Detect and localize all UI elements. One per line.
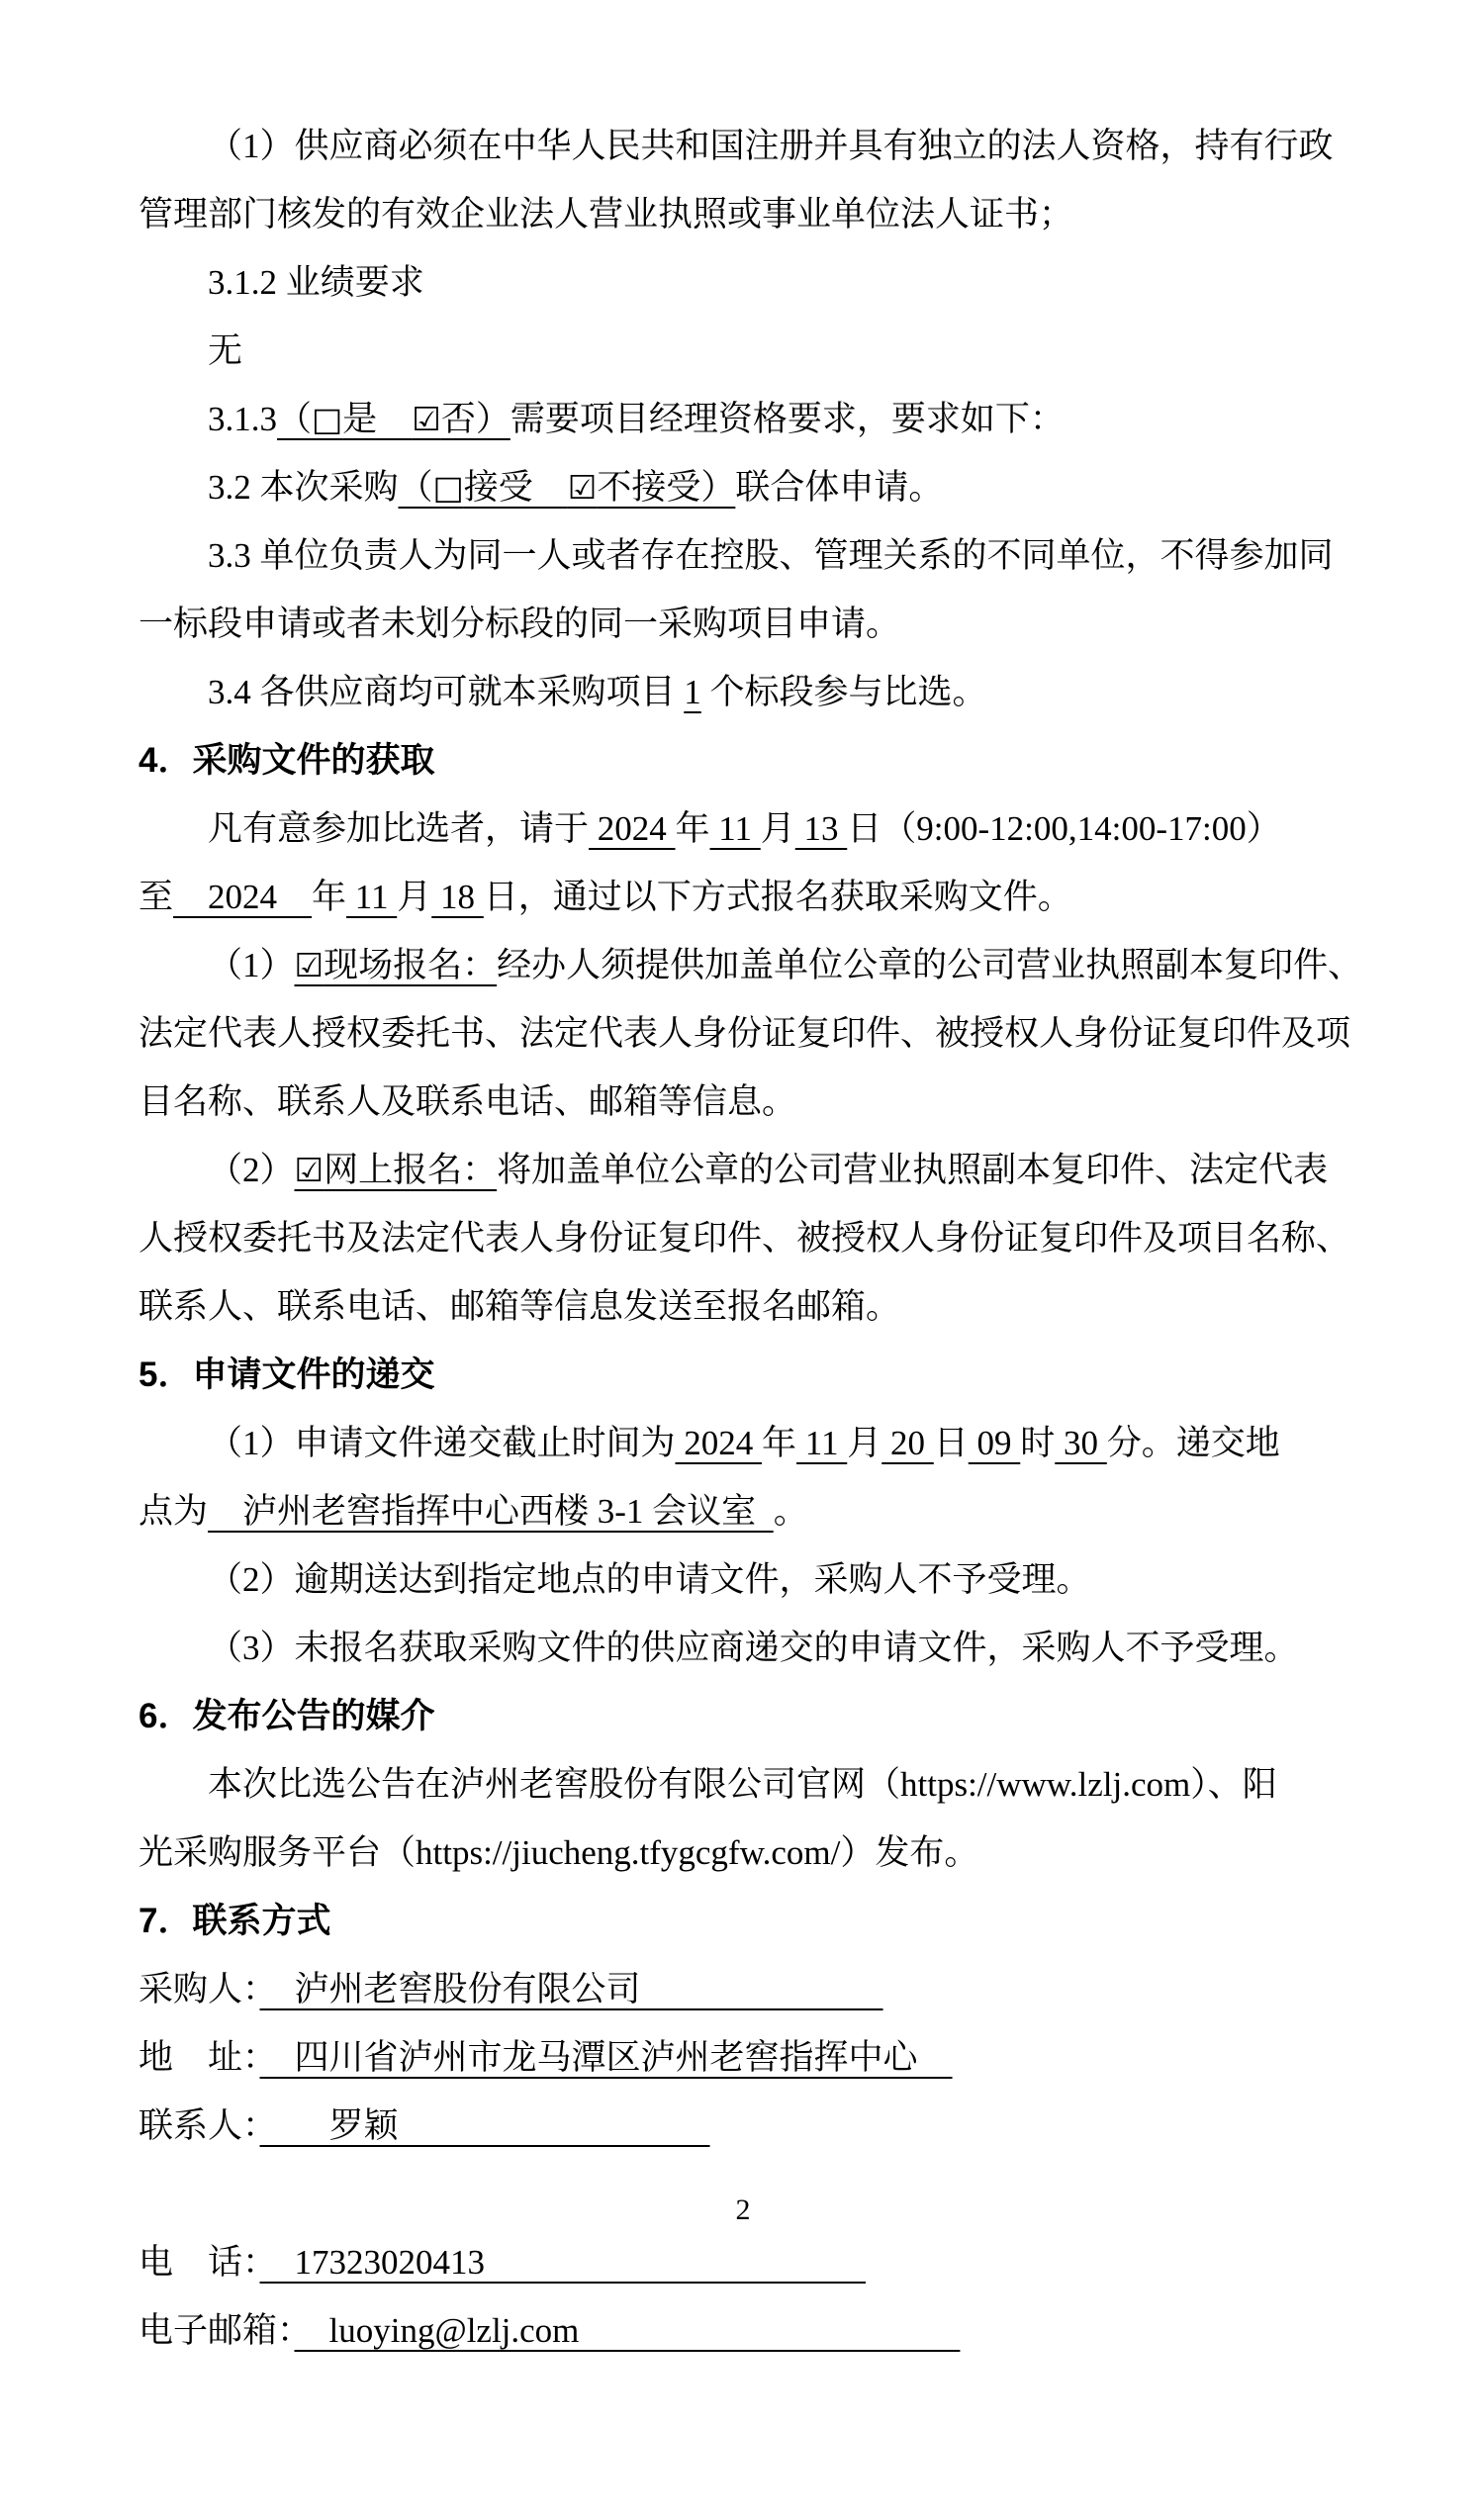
text-run: 月: [761, 809, 795, 848]
underlined-field: 罗颖: [260, 2106, 710, 2145]
section-heading: 7．联系方式: [139, 1887, 1347, 1955]
text-run: （1）供应商必须在中华人民共和国注册并具有独立的法人资格，持有行政: [208, 127, 1334, 165]
text-run: 4．采购文件的获取: [139, 741, 434, 780]
document-page: （1）供应商必须在中华人民共和国注册并具有独立的法人资格，持有行政管理部门核发的…: [0, 0, 1484, 2520]
section-heading: 6．发布公告的媒介: [139, 1682, 1347, 1750]
text-run: 联合体申请。: [735, 468, 943, 507]
text-run: 需要项目经理资格要求，要求如下：: [510, 400, 1065, 438]
text-run: 3.1.3: [208, 400, 277, 438]
text-run: 个标段参与比选。: [701, 673, 987, 711]
text-run: 3.1.2 业绩要求: [208, 263, 424, 302]
underlined-field: 否）: [441, 400, 510, 438]
document-line: （1）申请文件递交截止时间为 2024 年 11 月 20 日 09 时 30 …: [139, 1409, 1347, 1477]
checkbox-checked-icon: ☑: [412, 400, 441, 438]
text-run: （1）申请文件递交截止时间为: [208, 1424, 676, 1462]
underlined-field: 2024: [173, 878, 312, 916]
text-run: 至: [139, 878, 173, 916]
text-run: 管理部门核发的有效企业法人营业执照或事业单位法人证书；: [139, 195, 1073, 233]
underlined-field: 网上报名：: [324, 1151, 497, 1189]
document-line: 本次比选公告在泸州老窖股份有限公司官网（https://www.lzlj.com…: [139, 1750, 1347, 1819]
text-run: 电 话：: [139, 2243, 260, 2282]
underlined-field: 30: [1055, 1424, 1107, 1462]
document-body: （1）供应商必须在中华人民共和国注册并具有独立的法人资格，持有行政管理部门核发的…: [139, 112, 1347, 2365]
underlined-field: 现场报名：: [324, 946, 497, 984]
document-line: 人授权委托书及法定代表人身份证复印件、被授权人身份证复印件及项目名称、: [139, 1204, 1347, 1272]
document-line: 光采购服务平台（https://jiucheng.tfygcgfw.com/）发…: [139, 1819, 1347, 1887]
text-run: 月: [847, 1424, 881, 1462]
underlined-field: 17323020413: [260, 2243, 867, 2282]
document-line: 一标段申请或者未划分标段的同一采购项目申请。: [139, 590, 1347, 658]
underlined-field: 1: [684, 673, 701, 711]
document-line: （2）逾期送达到指定地点的申请文件，采购人不予受理。: [139, 1545, 1347, 1614]
document-line: （3）未报名获取采购文件的供应商递交的申请文件，采购人不予受理。: [139, 1614, 1347, 1682]
document-line: 3.1.3（□是 ☑否）需要项目经理资格要求，要求如下：: [139, 385, 1347, 453]
checkbox-checked-icon: ☑: [295, 946, 325, 984]
underlined-field: 接受: [464, 468, 568, 507]
underlined-field: 泸州老窖指挥中心西楼 3-1 会议室: [208, 1492, 774, 1531]
section-heading: 5．申请文件的递交: [139, 1341, 1347, 1409]
text-run: 7．联系方式: [139, 1902, 330, 1940]
underlined-field: 11: [346, 878, 397, 916]
document-line: 联系人、联系电话、邮箱等信息发送至报名邮箱。: [139, 1272, 1347, 1341]
text-run: 日: [934, 1424, 969, 1462]
text-run: 3.4 各供应商均可就本采购项目: [208, 673, 684, 711]
underlined-field: 不接受）: [597, 468, 735, 507]
document-line: 至 2024 年 11 月 18 日，通过以下方式报名获取采购文件。: [139, 863, 1347, 931]
text-run: 地 址：: [139, 2038, 260, 2077]
text-run: 年: [312, 878, 346, 916]
document-line: 目名称、联系人及联系电话、邮箱等信息。: [139, 1068, 1347, 1136]
document-line: 法定代表人授权委托书、法定代表人身份证复印件、被授权人身份证复印件及项: [139, 999, 1347, 1068]
underlined-field: 2024: [589, 809, 676, 848]
text-run: （1）: [208, 946, 295, 984]
underlined-field: 是: [342, 400, 412, 438]
text-run: 联系人：: [139, 2106, 260, 2145]
text-run: 月: [397, 878, 431, 916]
text-run: 。: [774, 1492, 808, 1531]
text-run: 将加盖单位公章的公司营业执照副本复印件、法定代表: [497, 1151, 1328, 1189]
document-line: 3.4 各供应商均可就本采购项目 1 个标段参与比选。: [139, 658, 1347, 726]
text-run: 3.3 单位负责人为同一人或者存在控股、管理关系的不同单位，不得参加同: [208, 536, 1334, 575]
document-line: （2）☑网上报名：将加盖单位公章的公司营业执照副本复印件、法定代表: [139, 1136, 1347, 1204]
page-number: 2: [139, 2176, 1347, 2244]
text-run: 光采购服务平台（https://jiucheng.tfygcgfw.com/）发…: [139, 1833, 978, 1872]
underlined-field: 11: [710, 809, 761, 848]
text-run: 经办人须提供加盖单位公章的公司营业执照副本复印件、: [497, 946, 1362, 984]
text-run: 5．申请文件的递交: [139, 1355, 434, 1394]
text-run: 凡有意参加比选者，请于: [208, 809, 589, 848]
text-run: 电子邮箱：: [139, 2311, 295, 2350]
text-run: 2: [736, 2193, 751, 2226]
underlined-field: 泸州老窖股份有限公司: [260, 1970, 883, 2008]
underlined-field: luoying@lzlj.com: [295, 2311, 961, 2350]
text-run: 点为: [139, 1492, 208, 1531]
underlined-field: 11: [796, 1424, 847, 1462]
checkbox-empty-icon: □: [312, 400, 342, 438]
text-run: 一标段申请或者未划分标段的同一采购项目申请。: [139, 605, 900, 643]
text-run: 年: [762, 1424, 796, 1462]
text-run: 人授权委托书及法定代表人身份证复印件、被授权人身份证复印件及项目名称、: [139, 1219, 1350, 1258]
text-run: 目名称、联系人及联系电话、邮箱等信息。: [139, 1082, 796, 1121]
section-heading: 4．采购文件的获取: [139, 726, 1347, 794]
document-line: 电子邮箱： luoying@lzlj.com: [139, 2296, 1347, 2365]
checkbox-checked-icon: ☑: [295, 1151, 325, 1189]
text-run: 本次比选公告在泸州老窖股份有限公司官网（https://www.lzlj.com…: [208, 1765, 1277, 1804]
underlined-field: （: [277, 400, 312, 438]
underlined-field: 四川省泸州市龙马潭区泸州老窖指挥中心: [260, 2038, 953, 2077]
document-line: 地 址： 四川省泸州市龙马潭区泸州老窖指挥中心: [139, 2023, 1347, 2092]
text-run: （2）: [208, 1151, 295, 1189]
checkbox-empty-icon: □: [433, 468, 464, 507]
text-run: 6．发布公告的媒介: [139, 1697, 434, 1735]
underlined-field: 18: [431, 878, 484, 916]
document-line: 3.2 本次采购（□接受 ☑不接受）联合体申请。: [139, 453, 1347, 521]
text-run: 联系人、联系电话、邮箱等信息发送至报名邮箱。: [139, 1287, 900, 1326]
document-line: 凡有意参加比选者，请于 2024 年 11 月 13 日（9:00-12:00,…: [139, 794, 1347, 863]
underlined-field: 2024: [676, 1424, 763, 1462]
underlined-field: 13: [795, 809, 848, 848]
document-line: （1）☑现场报名：经办人须提供加盖单位公章的公司营业执照副本复印件、: [139, 931, 1347, 999]
text-run: 分。递交地: [1107, 1424, 1280, 1462]
document-line: 无: [139, 317, 1347, 385]
document-line: 点为 泸州老窖指挥中心西楼 3-1 会议室 。: [139, 1477, 1347, 1545]
text-run: 采购人：: [139, 1970, 260, 2008]
text-run: 年: [676, 809, 710, 848]
text-run: 3.2 本次采购: [208, 468, 399, 507]
document-line: 3.3 单位负责人为同一人或者存在控股、管理关系的不同单位，不得参加同: [139, 521, 1347, 590]
document-line: 采购人： 泸州老窖股份有限公司: [139, 1955, 1347, 2023]
text-run: 法定代表人授权委托书、法定代表人身份证复印件、被授权人身份证复印件及项: [139, 1014, 1350, 1053]
text-run: 日（9:00-12:00,14:00-17:00）: [847, 809, 1280, 848]
text-run: 时: [1020, 1424, 1055, 1462]
text-run: （3）未报名获取采购文件的供应商递交的申请文件，采购人不予受理。: [208, 1629, 1299, 1667]
text-run: 日，通过以下方式报名获取采购文件。: [484, 878, 1072, 916]
document-line: （1）供应商必须在中华人民共和国注册并具有独立的法人资格，持有行政: [139, 112, 1347, 180]
text-run: 无: [208, 331, 242, 370]
checkbox-checked-icon: ☑: [568, 468, 598, 507]
document-line: 3.1.2 业绩要求: [139, 248, 1347, 317]
underlined-field: （: [399, 468, 433, 507]
text-run: （2）逾期送达到指定地点的申请文件，采购人不予受理。: [208, 1560, 1091, 1599]
document-line: 管理部门核发的有效企业法人营业执照或事业单位法人证书；: [139, 180, 1347, 248]
document-line: 联系人： 罗颖: [139, 2092, 1347, 2160]
underlined-field: 09: [969, 1424, 1021, 1462]
underlined-field: 20: [881, 1424, 934, 1462]
